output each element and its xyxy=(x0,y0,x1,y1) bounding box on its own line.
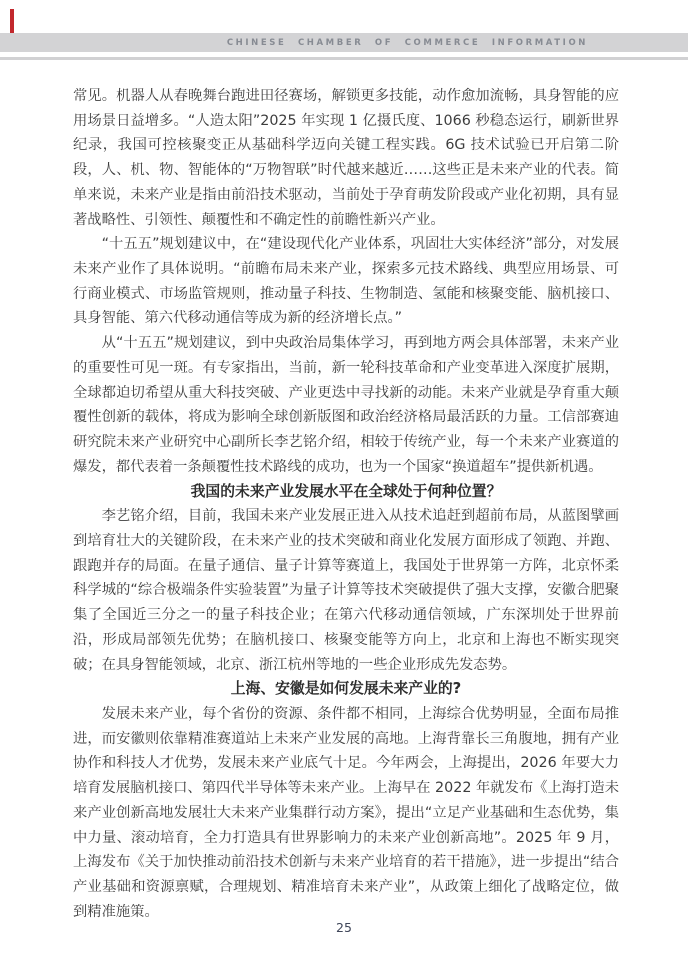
document-page: { "header": { "banner_text": "CHINESE CH… xyxy=(0,0,688,971)
section-heading: 我国的未来产业发展水平在全球处于何种位置？ xyxy=(73,480,619,505)
body-paragraph: 常见。机器人从春晚舞台跑进田径赛场，解锁更多技能，动作愈加流畅，具身智能的应用场… xyxy=(73,84,619,232)
section-heading: 上海、安徽是如何发展未来产业的? xyxy=(73,677,619,702)
body-paragraph: 发展未来产业，每个省份的资源、条件都不相同，上海综合优势明显，全面布局推进，而安… xyxy=(73,702,619,924)
article-body: 常见。机器人从春晚舞台跑进田径赛场，解锁更多技能，动作愈加流畅，具身智能的应用场… xyxy=(73,84,619,924)
red-accent-bar xyxy=(10,9,14,36)
header-rule xyxy=(0,57,688,60)
header-banner-text: CHINESE CHAMBER OF COMMERCE INFORMATION xyxy=(227,38,588,48)
body-paragraph: 从“十五五”规划建议，到中央政治局集体学习，再到地方两会具体部署，未来产业的重要… xyxy=(73,331,619,479)
body-paragraph: 李艺铭介绍，目前，我国未来产业发展正进入从技术追赶到超前布局，从蓝图擘画到培育壮… xyxy=(73,504,619,677)
page-header-band: CHINESE CHAMBER OF COMMERCE INFORMATION xyxy=(0,33,688,52)
body-paragraph: “十五五”规划建议中，在“建设现代化产业体系，巩固壮大实体经济”部分，对发展未来… xyxy=(73,232,619,331)
page-number: 25 xyxy=(0,920,688,935)
